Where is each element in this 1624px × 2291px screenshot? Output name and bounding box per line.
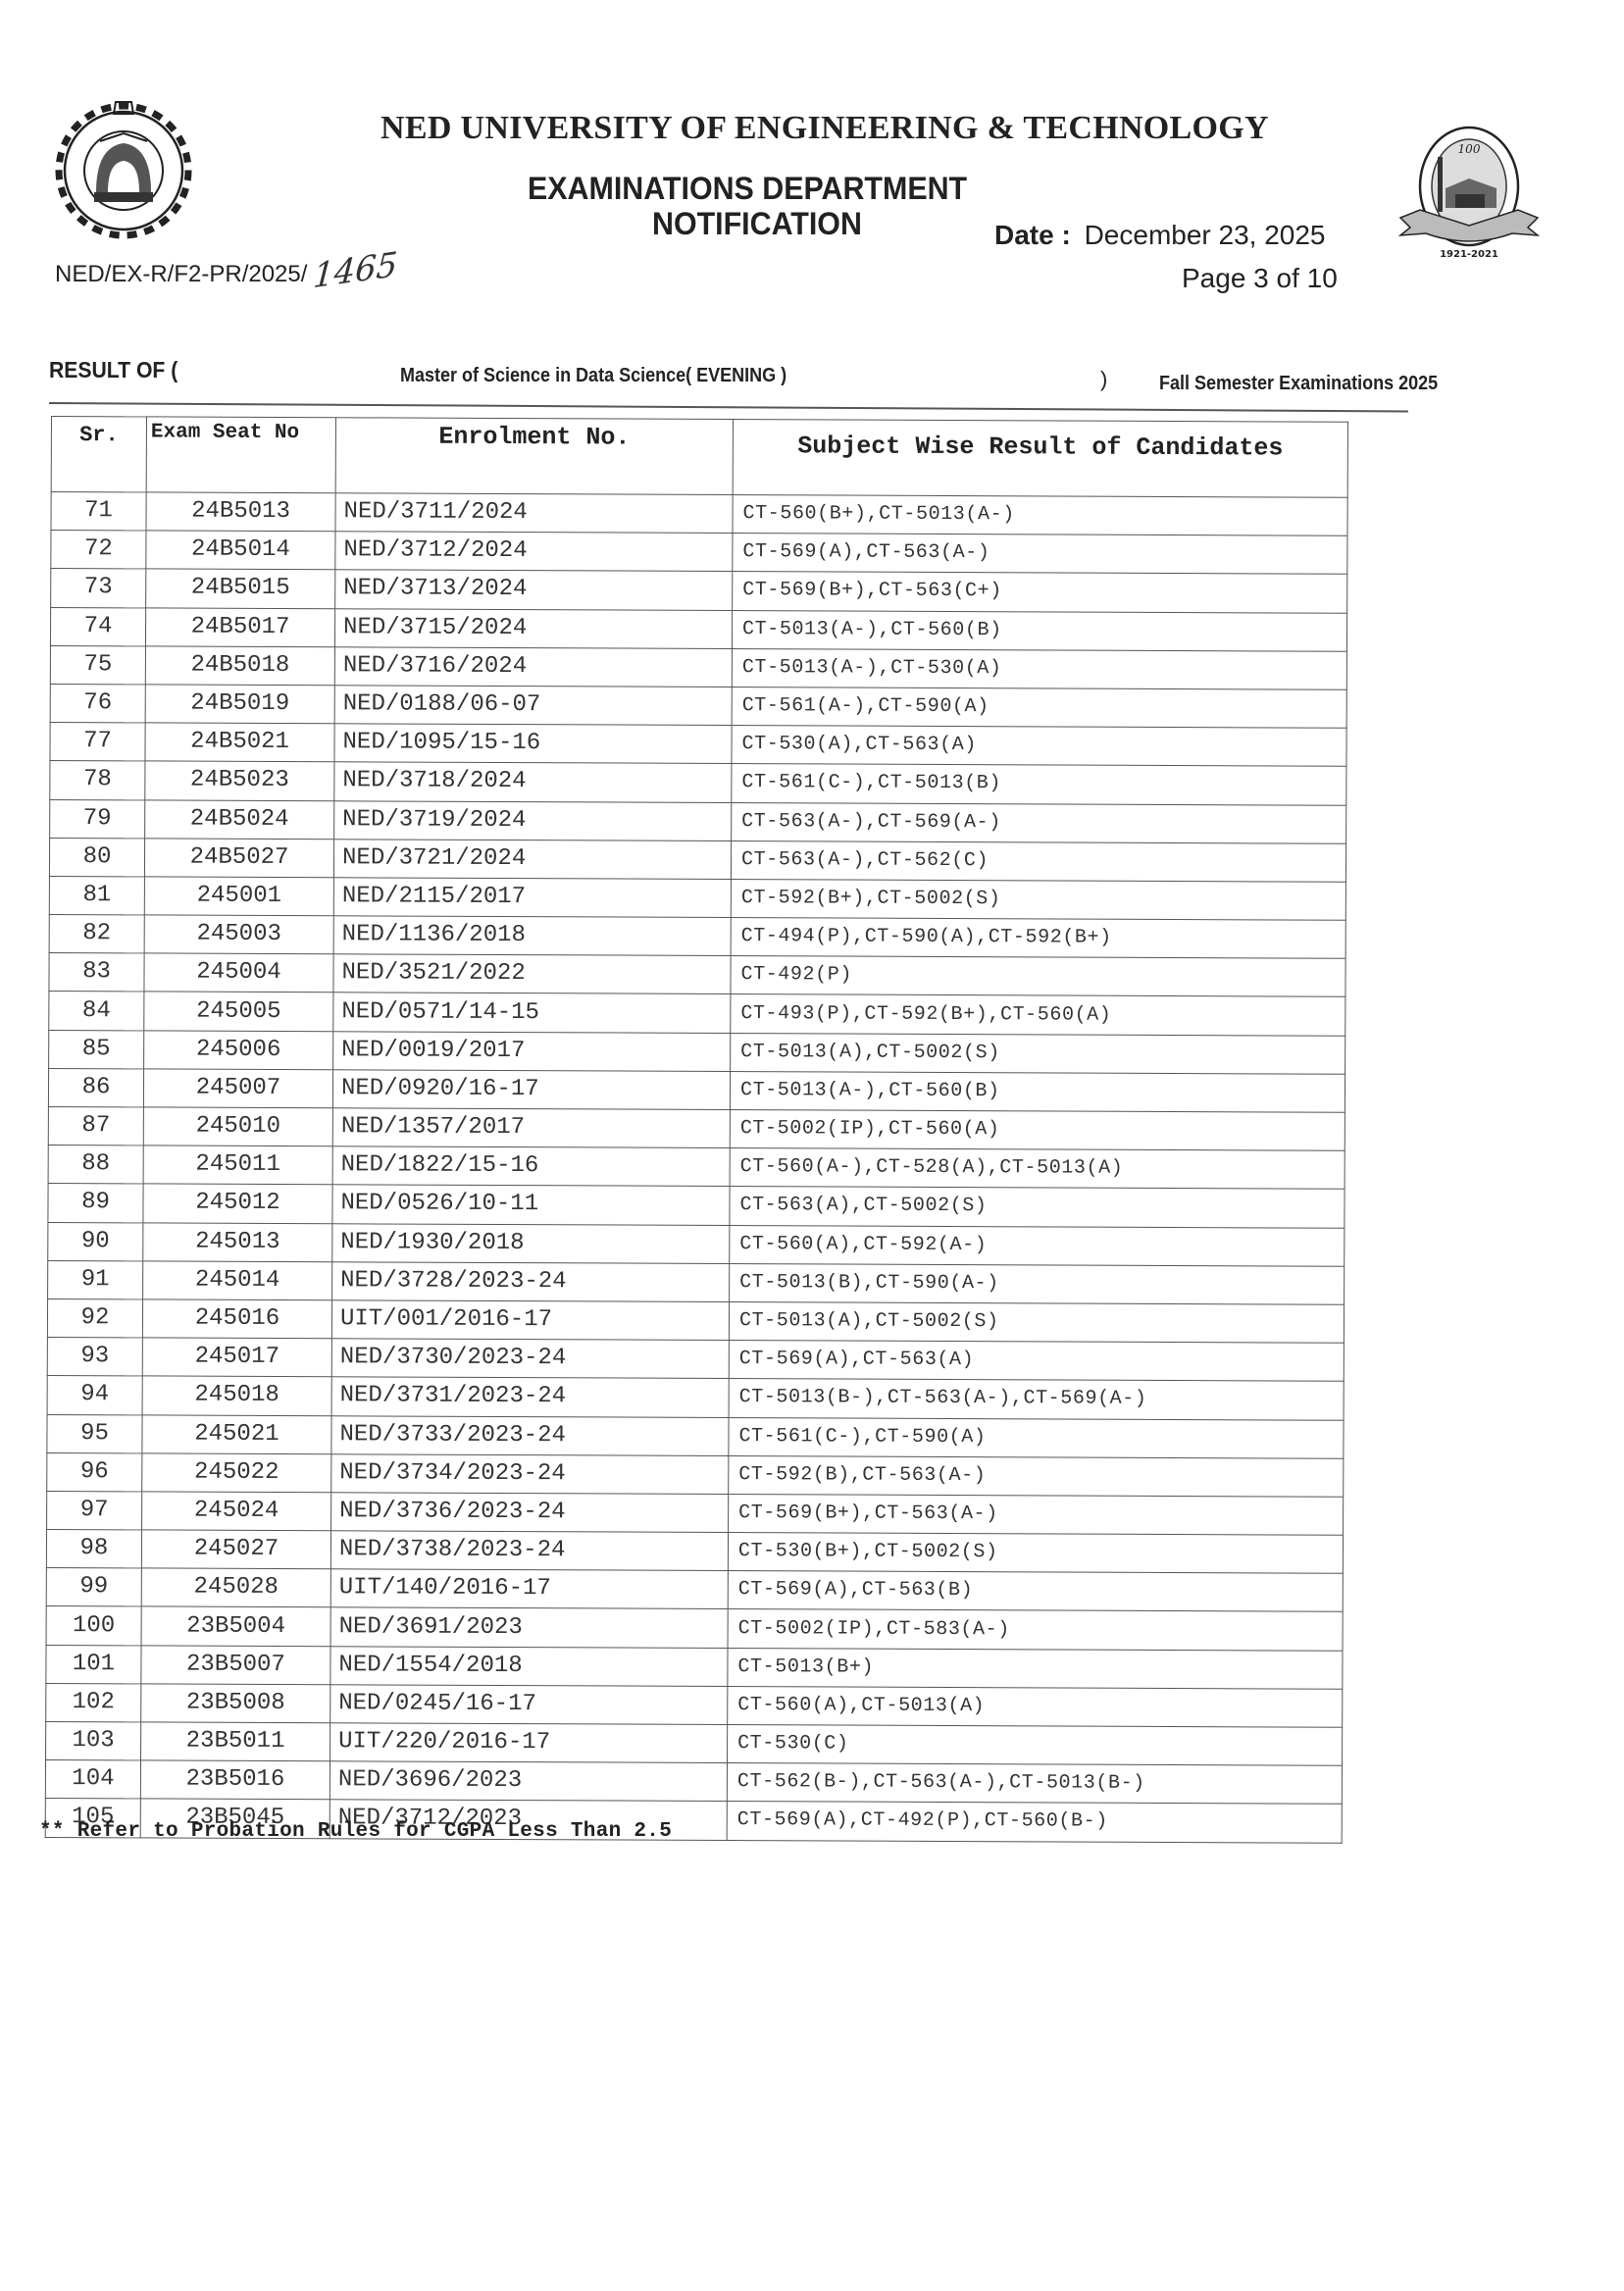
cell-sr: 92 bbox=[47, 1298, 142, 1338]
cell-enrolment: UIT/001/2016-17 bbox=[331, 1300, 729, 1341]
table-row: 96245022NED/3734/2023-24CT-592(B),CT-563… bbox=[47, 1452, 1344, 1497]
cell-exam-seat: 245006 bbox=[144, 1031, 333, 1070]
cell-exam-seat: 245001 bbox=[144, 877, 333, 916]
cell-exam-seat: 245027 bbox=[141, 1530, 330, 1569]
cell-result: CT-492(P) bbox=[731, 956, 1345, 997]
cell-enrolment: NED/0245/16-17 bbox=[330, 1685, 728, 1725]
reference-handwritten: 1465 bbox=[312, 245, 399, 297]
table-row: 7424B5017NED/3715/2024CT-5013(A-),CT-560… bbox=[50, 607, 1346, 651]
cell-sr: 80 bbox=[49, 838, 144, 877]
cell-exam-seat: 245017 bbox=[142, 1338, 331, 1377]
cell-sr: 90 bbox=[48, 1222, 143, 1261]
cell-sr: 94 bbox=[47, 1376, 142, 1415]
cell-sr: 87 bbox=[48, 1106, 143, 1145]
table-row: 90245013NED/1930/2018CT-560(A),CT-592(A-… bbox=[48, 1222, 1345, 1266]
table-row: 91245014NED/3728/2023-24CT-5013(B),CT-59… bbox=[48, 1260, 1345, 1304]
table-row: 93245017NED/3730/2023-24CT-569(A),CT-563… bbox=[47, 1338, 1344, 1382]
table-row: 92245016UIT/001/2016-17CT-5013(A),CT-500… bbox=[47, 1298, 1344, 1343]
cell-enrolment: NED/3731/2023-24 bbox=[331, 1377, 729, 1417]
cell-result: CT-530(B+),CT-5002(S) bbox=[728, 1533, 1343, 1574]
table-row: 98245027NED/3738/2023-24CT-530(B+),CT-50… bbox=[46, 1530, 1343, 1574]
cell-sr: 86 bbox=[48, 1068, 143, 1107]
cell-enrolment: NED/3712/2024 bbox=[335, 532, 733, 572]
table-row: 10323B5011UIT/220/2016-17CT-530(C) bbox=[46, 1721, 1343, 1765]
table-row: 7324B5015NED/3713/2024CT-569(B+),CT-563(… bbox=[51, 569, 1347, 613]
cell-sr: 93 bbox=[47, 1338, 142, 1377]
university-name: NED UNIVERSITY OF ENGINEERING & TECHNOLO… bbox=[381, 110, 1269, 147]
cell-enrolment: NED/1357/2017 bbox=[332, 1108, 730, 1148]
table-row: 10223B5008NED/0245/16-17CT-560(A),CT-501… bbox=[46, 1683, 1343, 1727]
cell-enrolment: NED/3718/2024 bbox=[334, 762, 732, 802]
cell-sr: 101 bbox=[46, 1645, 141, 1684]
cell-exam-seat: 23B5011 bbox=[141, 1722, 330, 1761]
table-row: 83245004NED/3521/2022CT-492(P) bbox=[49, 953, 1345, 997]
cell-result: CT-530(C) bbox=[728, 1725, 1343, 1766]
cell-exam-seat: 24B5013 bbox=[146, 492, 335, 532]
cell-enrolment: NED/1136/2018 bbox=[333, 916, 731, 956]
cell-exam-seat: 245010 bbox=[143, 1107, 332, 1146]
cell-sr: 84 bbox=[49, 992, 144, 1031]
svg-text:1921-2021: 1921-2021 bbox=[1440, 249, 1498, 260]
cell-enrolment: NED/3713/2024 bbox=[335, 570, 733, 610]
cell-result: CT-560(B+),CT-5013(A-) bbox=[733, 495, 1347, 536]
cell-sr: 78 bbox=[50, 761, 145, 800]
cell-sr: 72 bbox=[51, 531, 146, 570]
cell-sr: 103 bbox=[46, 1721, 141, 1760]
cell-result: CT-5013(A-),CT-530(A) bbox=[732, 648, 1346, 689]
table-row: 10423B5016NED/3696/2023CT-562(B-),CT-563… bbox=[45, 1760, 1342, 1805]
cell-result: CT-569(A),CT-563(A) bbox=[729, 1341, 1344, 1382]
date-label: Date : bbox=[994, 220, 1071, 250]
notification-title: NOTIFICATION bbox=[652, 206, 862, 242]
cell-exam-seat: 24B5027 bbox=[144, 839, 333, 878]
program-name: Master of Science in Data Science( EVENI… bbox=[400, 365, 787, 387]
cell-result: CT-5013(B),CT-590(A-) bbox=[730, 1263, 1345, 1304]
cell-sr: 73 bbox=[51, 569, 146, 608]
ned-university-gear-emblem-icon bbox=[51, 98, 196, 243]
table-row: 95245021NED/3733/2023-24CT-561(C-),CT-59… bbox=[47, 1414, 1344, 1458]
table-row: 87245010NED/1357/2017CT-5002(IP),CT-560(… bbox=[48, 1106, 1345, 1150]
table-row: 89245012NED/0526/10-11CT-563(A),CT-5002(… bbox=[48, 1184, 1345, 1228]
cell-exam-seat: 24B5019 bbox=[145, 685, 334, 724]
result-of-close: ) bbox=[1100, 367, 1107, 392]
table-row: 86245007NED/0920/16-17CT-5013(A-),CT-560… bbox=[48, 1068, 1345, 1112]
cell-enrolment: NED/3736/2023-24 bbox=[331, 1493, 729, 1533]
cell-enrolment: NED/3738/2023-24 bbox=[330, 1531, 728, 1571]
table-row: 7524B5018NED/3716/2024CT-5013(A-),CT-530… bbox=[50, 645, 1346, 689]
ned-centenary-seal-icon: 100 1921-2021 bbox=[1395, 124, 1544, 269]
result-of-label: RESULT OF ( bbox=[49, 357, 178, 383]
table-header-row: Sr. Exam Seat No Enrolment No. Subject W… bbox=[51, 417, 1347, 498]
date-value: December 23, 2025 bbox=[1085, 220, 1326, 250]
cell-enrolment: NED/1554/2018 bbox=[330, 1646, 728, 1686]
cell-result: CT-569(A),CT-563(A-) bbox=[733, 534, 1347, 575]
table-row: 8024B5027NED/3721/2024CT-563(A-),CT-562(… bbox=[49, 838, 1345, 882]
cell-result: CT-5002(IP),CT-560(A) bbox=[730, 1110, 1345, 1151]
cell-sr: 77 bbox=[50, 723, 145, 762]
probation-footnote: ** Refer to Probation Rules for CGPA Les… bbox=[39, 1820, 672, 1843]
cell-exam-seat: 24B5014 bbox=[146, 531, 335, 570]
cell-exam-seat: 245014 bbox=[143, 1261, 332, 1300]
cell-sr: 100 bbox=[46, 1606, 141, 1646]
cell-exam-seat: 23B5016 bbox=[140, 1760, 330, 1800]
page-indicator: Page 3 of 10 bbox=[1182, 263, 1338, 294]
cell-result: CT-561(C-),CT-590(A) bbox=[729, 1417, 1344, 1458]
cell-exam-seat: 23B5008 bbox=[141, 1684, 330, 1723]
cell-exam-seat: 245005 bbox=[144, 992, 333, 1031]
cell-result: CT-560(A),CT-5013(A) bbox=[728, 1686, 1343, 1727]
cell-result: CT-5013(B+) bbox=[728, 1648, 1343, 1689]
cell-sr: 95 bbox=[47, 1414, 142, 1453]
cell-enrolment: NED/3691/2023 bbox=[330, 1607, 728, 1648]
cell-sr: 91 bbox=[48, 1260, 143, 1299]
cell-sr: 85 bbox=[49, 1030, 144, 1069]
cell-enrolment: NED/3716/2024 bbox=[334, 647, 732, 687]
notification-date: Date : December 23, 2025 bbox=[994, 220, 1326, 251]
cell-exam-seat: 245007 bbox=[143, 1069, 332, 1108]
cell-sr: 102 bbox=[46, 1683, 141, 1722]
cell-enrolment: NED/3721/2024 bbox=[333, 839, 731, 879]
table-row: 81245001NED/2115/2017CT-592(B+),CT-5002(… bbox=[49, 876, 1345, 920]
cell-sr: 104 bbox=[45, 1760, 140, 1800]
cell-exam-seat: 245021 bbox=[142, 1414, 331, 1453]
header-result: Subject Wise Result of Candidates bbox=[733, 420, 1347, 498]
cell-enrolment: NED/1930/2018 bbox=[332, 1223, 730, 1263]
table-row: 94245018NED/3731/2023-24CT-5013(B-),CT-5… bbox=[47, 1376, 1344, 1420]
cell-result: CT-562(B-),CT-563(A-),CT-5013(B-) bbox=[727, 1763, 1342, 1805]
cell-exam-seat: 245016 bbox=[142, 1299, 331, 1339]
cell-exam-seat: 24B5015 bbox=[146, 569, 335, 608]
cell-result: CT-569(B+),CT-563(A-) bbox=[729, 1494, 1344, 1535]
cell-sr: 75 bbox=[50, 645, 145, 685]
cell-enrolment: NED/0526/10-11 bbox=[332, 1185, 730, 1225]
cell-sr: 83 bbox=[49, 953, 144, 993]
table-row: 97245024NED/3736/2023-24CT-569(B+),CT-56… bbox=[47, 1491, 1344, 1535]
cell-sr: 81 bbox=[49, 876, 144, 915]
cell-exam-seat: 24B5017 bbox=[145, 607, 334, 646]
cell-enrolment: NED/3719/2024 bbox=[334, 800, 732, 840]
cell-exam-seat: 245003 bbox=[144, 915, 333, 954]
svg-text:100: 100 bbox=[1458, 142, 1481, 156]
table-row: 7724B5021NED/1095/15-16CT-530(A),CT-563(… bbox=[50, 723, 1346, 767]
cell-exam-seat: 24B5021 bbox=[145, 723, 334, 762]
cell-exam-seat: 245018 bbox=[142, 1376, 331, 1415]
cell-result: CT-563(A-),CT-562(C) bbox=[731, 840, 1345, 882]
cell-enrolment: UIT/220/2016-17 bbox=[330, 1723, 728, 1763]
cell-enrolment: NED/3728/2023-24 bbox=[332, 1262, 730, 1302]
cell-exam-seat: 245011 bbox=[143, 1145, 332, 1185]
cell-sr: 76 bbox=[50, 684, 145, 723]
table-row: 7224B5014NED/3712/2024CT-569(A),CT-563(A… bbox=[51, 531, 1347, 575]
table-row: 7924B5024NED/3719/2024CT-563(A-),CT-569(… bbox=[50, 799, 1346, 843]
cell-result: CT-563(A),CT-5002(S) bbox=[730, 1187, 1345, 1228]
cell-exam-seat: 245028 bbox=[141, 1568, 330, 1607]
reference-number: NED/EX-R/F2-PR/2025/1465 bbox=[55, 251, 398, 290]
cell-result: CT-5013(A),CT-5002(S) bbox=[729, 1301, 1344, 1343]
table-row: 7624B5019NED/0188/06-07CT-561(A-),CT-590… bbox=[50, 684, 1346, 728]
cell-sr: 82 bbox=[49, 915, 144, 954]
cell-result: CT-5013(B-),CT-563(A-),CT-569(A-) bbox=[729, 1379, 1344, 1420]
cell-exam-seat: 245012 bbox=[143, 1184, 332, 1223]
cell-sr: 97 bbox=[47, 1491, 142, 1530]
cell-sr: 98 bbox=[46, 1530, 141, 1569]
table-row: 99245028UIT/140/2016-17CT-569(A),CT-563(… bbox=[46, 1568, 1343, 1612]
table-row: 7824B5023NED/3718/2024CT-561(C-),CT-5013… bbox=[50, 761, 1346, 805]
header-exam-seat: Exam Seat No bbox=[146, 417, 335, 493]
cell-result: CT-560(A),CT-592(A-) bbox=[730, 1225, 1345, 1266]
table-row: 7124B5013NED/3711/2024CT-560(B+),CT-5013… bbox=[51, 492, 1347, 536]
cell-exam-seat: 245024 bbox=[142, 1492, 331, 1531]
results-table: Sr. Exam Seat No Enrolment No. Subject W… bbox=[45, 416, 1348, 1843]
table-row: 10023B5004NED/3691/2023CT-5002(IP),CT-58… bbox=[46, 1606, 1343, 1651]
cell-enrolment: NED/3696/2023 bbox=[330, 1761, 727, 1802]
header-divider bbox=[49, 402, 1408, 412]
cell-sr: 79 bbox=[50, 799, 145, 839]
cell-enrolment: NED/0188/06-07 bbox=[334, 686, 732, 726]
cell-result: CT-563(A-),CT-569(A-) bbox=[732, 802, 1346, 843]
cell-sr: 88 bbox=[48, 1145, 143, 1185]
cell-result: CT-569(B+),CT-563(C+) bbox=[733, 572, 1347, 613]
cell-enrolment: NED/3733/2023-24 bbox=[331, 1415, 729, 1455]
cell-enrolment: NED/2115/2017 bbox=[333, 878, 731, 918]
header-enrolment: Enrolment No. bbox=[335, 418, 733, 495]
cell-result: CT-493(P),CT-592(B+),CT-560(A) bbox=[731, 994, 1345, 1036]
table-row: 84245005NED/0571/14-15CT-493(P),CT-592(B… bbox=[49, 992, 1345, 1036]
table-row: 82245003NED/1136/2018CT-494(P),CT-590(A)… bbox=[49, 915, 1345, 959]
cell-exam-seat: 23B5007 bbox=[141, 1646, 330, 1685]
cell-enrolment: NED/0019/2017 bbox=[333, 1031, 731, 1071]
cell-result: CT-569(A),CT-563(B) bbox=[728, 1571, 1343, 1612]
cell-result: CT-5013(A),CT-5002(S) bbox=[731, 1033, 1345, 1074]
cell-enrolment: NED/3730/2023-24 bbox=[331, 1339, 729, 1379]
cell-sr: 74 bbox=[50, 607, 145, 646]
semester-name: Fall Semester Examinations 2025 bbox=[1159, 373, 1438, 395]
cell-enrolment: NED/3715/2024 bbox=[334, 608, 732, 648]
cell-result: CT-560(A-),CT-528(A),CT-5013(A) bbox=[730, 1148, 1345, 1190]
cell-enrolment: NED/3521/2022 bbox=[333, 954, 731, 994]
cell-enrolment: NED/0920/16-17 bbox=[332, 1070, 730, 1110]
cell-result: CT-5013(A-),CT-560(B) bbox=[730, 1071, 1345, 1112]
cell-result: CT-592(B+),CT-5002(S) bbox=[731, 879, 1345, 920]
table-row: 10123B5007NED/1554/2018CT-5013(B+) bbox=[46, 1645, 1343, 1689]
department-title: EXAMINATIONS DEPARTMENT bbox=[528, 171, 967, 207]
table-row: 88245011NED/1822/15-16CT-560(A-),CT-528(… bbox=[48, 1145, 1345, 1190]
cell-sr: 96 bbox=[47, 1452, 142, 1492]
cell-exam-seat: 245004 bbox=[144, 953, 333, 993]
header-sr: Sr. bbox=[51, 417, 146, 492]
cell-enrolment: NED/1822/15-16 bbox=[332, 1146, 730, 1187]
cell-enrolment: NED/0571/14-15 bbox=[333, 993, 731, 1033]
cell-enrolment: NED/1095/15-16 bbox=[334, 724, 732, 764]
cell-result: CT-5013(A-),CT-560(B) bbox=[732, 610, 1346, 651]
cell-enrolment: NED/3734/2023-24 bbox=[331, 1453, 729, 1494]
cell-result: CT-530(A),CT-563(A) bbox=[732, 726, 1346, 767]
cell-exam-seat: 24B5023 bbox=[145, 761, 334, 800]
cell-sr: 99 bbox=[46, 1568, 141, 1607]
cell-exam-seat: 245022 bbox=[142, 1453, 331, 1493]
cell-result: CT-569(A),CT-492(P),CT-560(B-) bbox=[727, 1802, 1342, 1843]
cell-sr: 89 bbox=[48, 1184, 143, 1223]
cell-result: CT-5002(IP),CT-583(A-) bbox=[728, 1609, 1343, 1651]
cell-result: CT-592(B),CT-563(A-) bbox=[729, 1455, 1344, 1497]
cell-exam-seat: 245013 bbox=[143, 1222, 332, 1261]
cell-exam-seat: 24B5024 bbox=[145, 799, 334, 839]
cell-result: CT-561(C-),CT-5013(B) bbox=[732, 764, 1346, 805]
cell-enrolment: UIT/140/2016-17 bbox=[330, 1569, 728, 1609]
cell-enrolment: NED/3711/2024 bbox=[335, 493, 733, 534]
cell-sr: 71 bbox=[51, 492, 146, 532]
cell-result: CT-494(P),CT-590(A),CT-592(B+) bbox=[731, 918, 1345, 959]
table-row: 85245006NED/0019/2017CT-5013(A),CT-5002(… bbox=[49, 1030, 1345, 1074]
cell-result: CT-561(A-),CT-590(A) bbox=[732, 687, 1346, 728]
cell-exam-seat: 24B5018 bbox=[145, 646, 334, 686]
reference-printed: NED/EX-R/F2-PR/2025/ bbox=[55, 261, 307, 287]
cell-exam-seat: 23B5004 bbox=[141, 1606, 330, 1646]
